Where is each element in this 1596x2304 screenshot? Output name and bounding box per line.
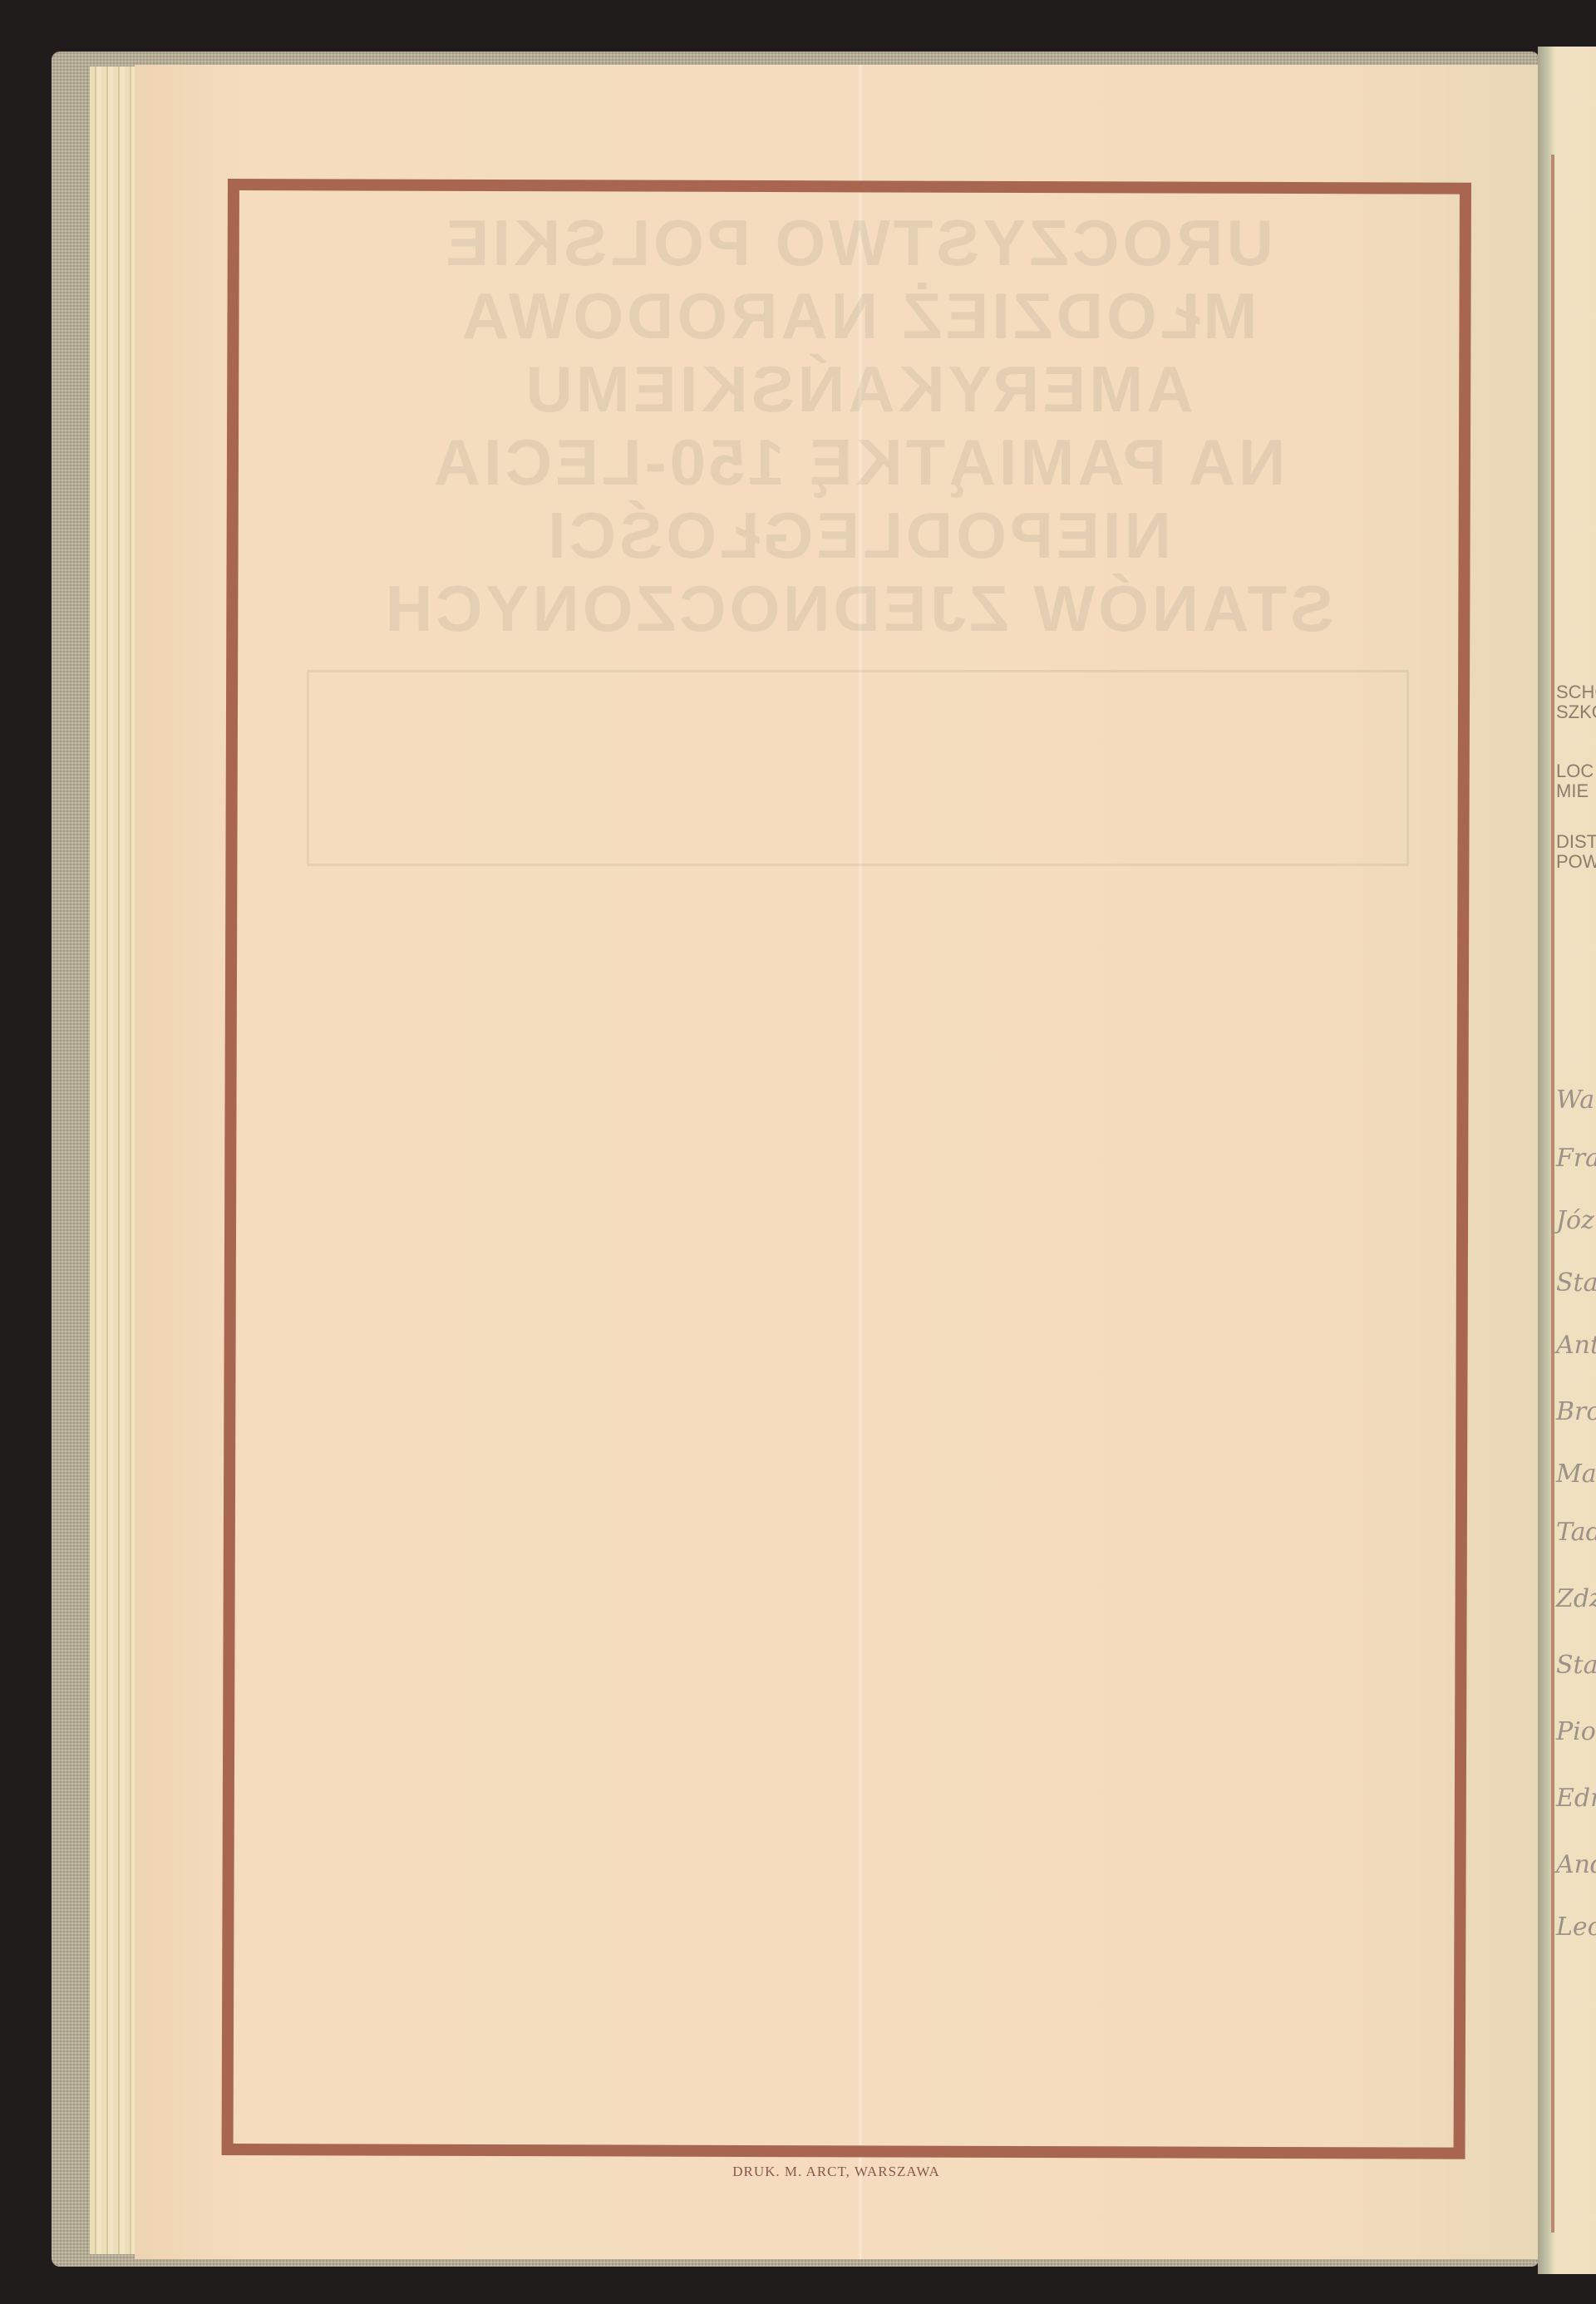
printer-imprint: DRUK. M. ARCT, WARSZAWA [135,2164,1538,2180]
next-page-signature: Stan [1556,1651,1596,1680]
next-page-signature: Wa [1556,1086,1594,1115]
next-page-signature: Andr [1556,1850,1596,1879]
next-page-signature: Leon [1556,1913,1596,1942]
next-page-signature: Ma [1556,1460,1596,1489]
decorative-frame [222,179,1471,2159]
book-page: UROCZYSTWO POLSKIE MŁODZIEŻ NARODOWA AME… [135,65,1538,2259]
next-page-label: LOC MIE [1556,761,1596,801]
next-page-signature: Bron [1556,1397,1596,1426]
next-page-label: DIST POW [1556,832,1596,872]
next-page-signature: Józ [1556,1206,1594,1235]
next-page-signature: Zdzi [1556,1584,1596,1613]
next-page-signature: Ant [1556,1331,1596,1360]
next-page-edge: SCHO SZKO LOC MIE DIST POW Wa Fran Józ S… [1538,47,1596,2274]
next-page-signature: Fran [1556,1144,1596,1173]
next-page-signature: Piotr [1556,1717,1596,1746]
page-edges [90,66,140,2254]
next-page-signature: Edmu [1556,1784,1596,1813]
next-page-signature: Tadu [1556,1518,1596,1547]
next-page-label: SCHO SZKO [1556,682,1596,722]
next-page-signature: Stan [1556,1268,1596,1297]
